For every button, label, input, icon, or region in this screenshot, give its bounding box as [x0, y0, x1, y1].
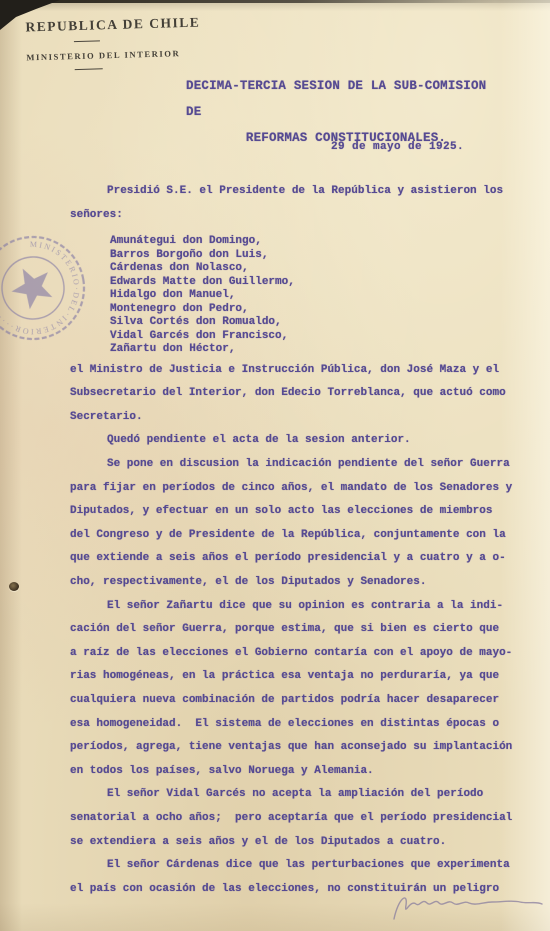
letterhead-rule: [74, 40, 100, 42]
letterhead: REPUBLICA DE CHILE MINISTERIO DEL INTERI…: [25, 15, 201, 72]
attendee-name: Cárdenas don Nolasco,: [110, 262, 540, 276]
text-line: el Ministro de Justicia e Instrucción Pú…: [70, 363, 540, 387]
text-line: a raíz de las elecciones el Gobierno con…: [70, 646, 540, 670]
session-title-line1: DECIMA-TERCIA SESION DE LA SUB-COMISION …: [186, 73, 506, 125]
attendee-name: Vidal Garcés don Francisco,: [110, 330, 540, 344]
text-line: Subsecretario del Interior, don Edecio T…: [70, 386, 540, 410]
letterhead-ministry: MINISTERIO DEL INTERIOR: [26, 48, 201, 63]
attendee-list: Amunátegui don Domingo,Barros Borgoño do…: [110, 235, 540, 357]
text-line: en todos los países, salvo Noruega y Ale…: [70, 764, 540, 788]
text-line: cho, respectivamente, el de los Diputado…: [70, 575, 540, 599]
session-date: 29 de mayo de 1925.: [331, 141, 464, 153]
attendee-name: Barros Borgoño don Luis,: [110, 249, 540, 263]
binding-hole: [9, 582, 19, 591]
text-line: que extiende a seis años el período pres…: [70, 551, 540, 575]
handwritten-signature-icon: [388, 883, 546, 929]
text-line: Secretario.: [70, 410, 540, 434]
paragraph: El señor Vidal Garcés no acepta la ampli…: [70, 787, 540, 858]
text-line: rias homogéneas, en la práctica esa vent…: [70, 669, 540, 693]
text-line: cación del señor Guerra, porque estima, …: [70, 622, 540, 646]
scan-edge-top: [0, 0, 550, 3]
paragraph: Presidió S.E. el Presidente de la Repúbl…: [70, 184, 540, 231]
attendee-name: Amunátegui don Domingo,: [110, 235, 540, 249]
text-line: para fijar en períodos de cinco años, el…: [70, 481, 540, 505]
text-line: El señor Vidal Garcés no acepta la ampli…: [70, 787, 540, 811]
text-line: del Congreso y de Presidente de la Repúb…: [70, 528, 540, 552]
text-line: Diputados, y efectuar en un solo acto la…: [70, 504, 540, 528]
text-line: señores:: [70, 208, 540, 232]
attendee-name: Silva Cortés don Romualdo,: [110, 316, 540, 330]
document-page: REPUBLICA DE CHILE MINISTERIO DEL INTERI…: [0, 0, 550, 931]
paragraph: Quedó pendiente el acta de la sesion ant…: [70, 433, 540, 457]
paragraph: Se pone en discusion la indicación pendi…: [70, 457, 540, 599]
paragraph: El señor Zañartu dice que su opinion es …: [70, 599, 540, 788]
attendee-name: Hidalgo don Manuel,: [110, 289, 540, 303]
letterhead-republic: REPUBLICA DE CHILE: [25, 15, 200, 36]
text-line: El señor Cárdenas dice que las perturbac…: [70, 858, 540, 882]
text-line: Se pone en discusion la indicación pendi…: [70, 457, 540, 481]
document-body: Presidió S.E. el Presidente de la Repúbl…: [70, 184, 540, 905]
paragraph: el Ministro de Justicia e Instrucción Pú…: [70, 363, 540, 434]
session-title: DECIMA-TERCIA SESION DE LA SUB-COMISION …: [186, 73, 506, 151]
text-line: esa homogeneidad. El sistema de eleccion…: [70, 717, 540, 741]
letterhead-rule-2: [75, 68, 103, 70]
text-line: se extendiera a seis años y el de los Di…: [70, 835, 540, 859]
text-line: períodos, agrega, tiene ventajas que han…: [70, 740, 540, 764]
text-line: senatorial a ocho años; pero aceptaría q…: [70, 811, 540, 835]
attendee-name: Edwards Matte don Guillermo,: [110, 276, 540, 290]
text-line: Quedó pendiente el acta de la sesion ant…: [70, 433, 540, 457]
attendee-name: Montenegro don Pedro,: [110, 303, 540, 317]
text-line: El señor Zañartu dice que su opinion es …: [70, 599, 540, 623]
text-line: cualquiera nueva combinación de partidos…: [70, 693, 540, 717]
attendee-name: Zañartu don Héctor,: [110, 343, 540, 357]
text-line: Presidió S.E. el Presidente de la Repúbl…: [70, 184, 540, 208]
